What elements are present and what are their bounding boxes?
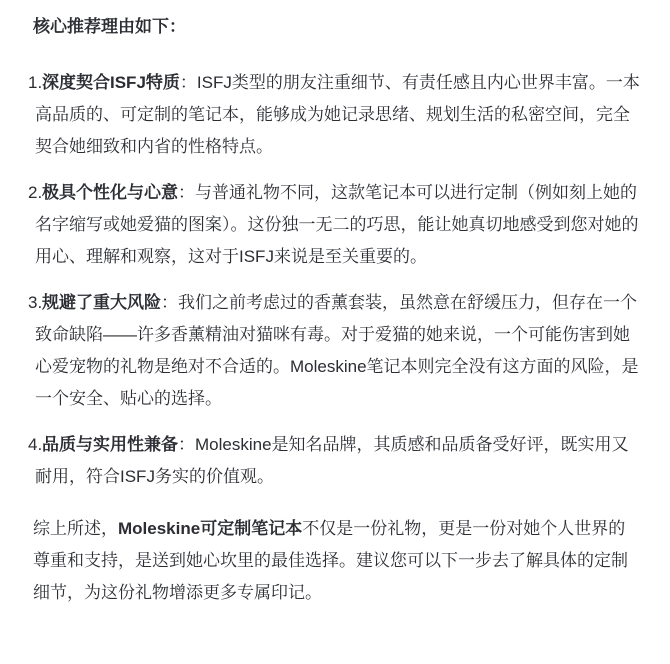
closing-highlight: Moleskine可定制笔记本 [118,519,302,538]
reason-item-4: 4.品质与实用性兼备：Moleskine是知名品牌，其质感和品质备受好评，既实用… [35,429,640,493]
reason-item-3: 3.规避了重大风险：我们之前考虑过的香薰套装，虽然意在舒缓压力，但存在一个致命缺… [35,287,640,415]
reason-title-3: 规避了重大风险 [42,293,161,312]
reason-title-2: 极具个性化与心意 [42,183,178,202]
reason-title-1: 深度契合ISFJ特质 [42,73,180,92]
list-number-2: 2. [28,177,42,209]
reason-item-2: 2.极具个性化与心意：与普通礼物不同，这款笔记本可以进行定制（例如刻上她的名字缩… [35,177,640,273]
chat-response-text: 核心推荐理由如下： 1.深度契合ISFJ特质：ISFJ类型的朋友注重细节、有责任… [0,0,670,664]
list-number-1: 1. [28,67,42,99]
list-number-3: 3. [28,287,42,319]
section-heading: 核心推荐理由如下： [33,11,640,43]
reason-title-4: 品质与实用性兼备 [42,435,178,454]
reason-item-1: 1.深度契合ISFJ特质：ISFJ类型的朋友注重细节、有责任感且内心世界丰富。一… [35,67,640,163]
closing-pre: 综上所述， [33,519,118,538]
reasons-list: 1.深度契合ISFJ特质：ISFJ类型的朋友注重细节、有责任感且内心世界丰富。一… [33,67,640,493]
closing-paragraph: 综上所述，Moleskine可定制笔记本不仅是一份礼物，更是一份对她个人世界的尊… [33,513,640,609]
list-number-4: 4. [28,429,42,461]
